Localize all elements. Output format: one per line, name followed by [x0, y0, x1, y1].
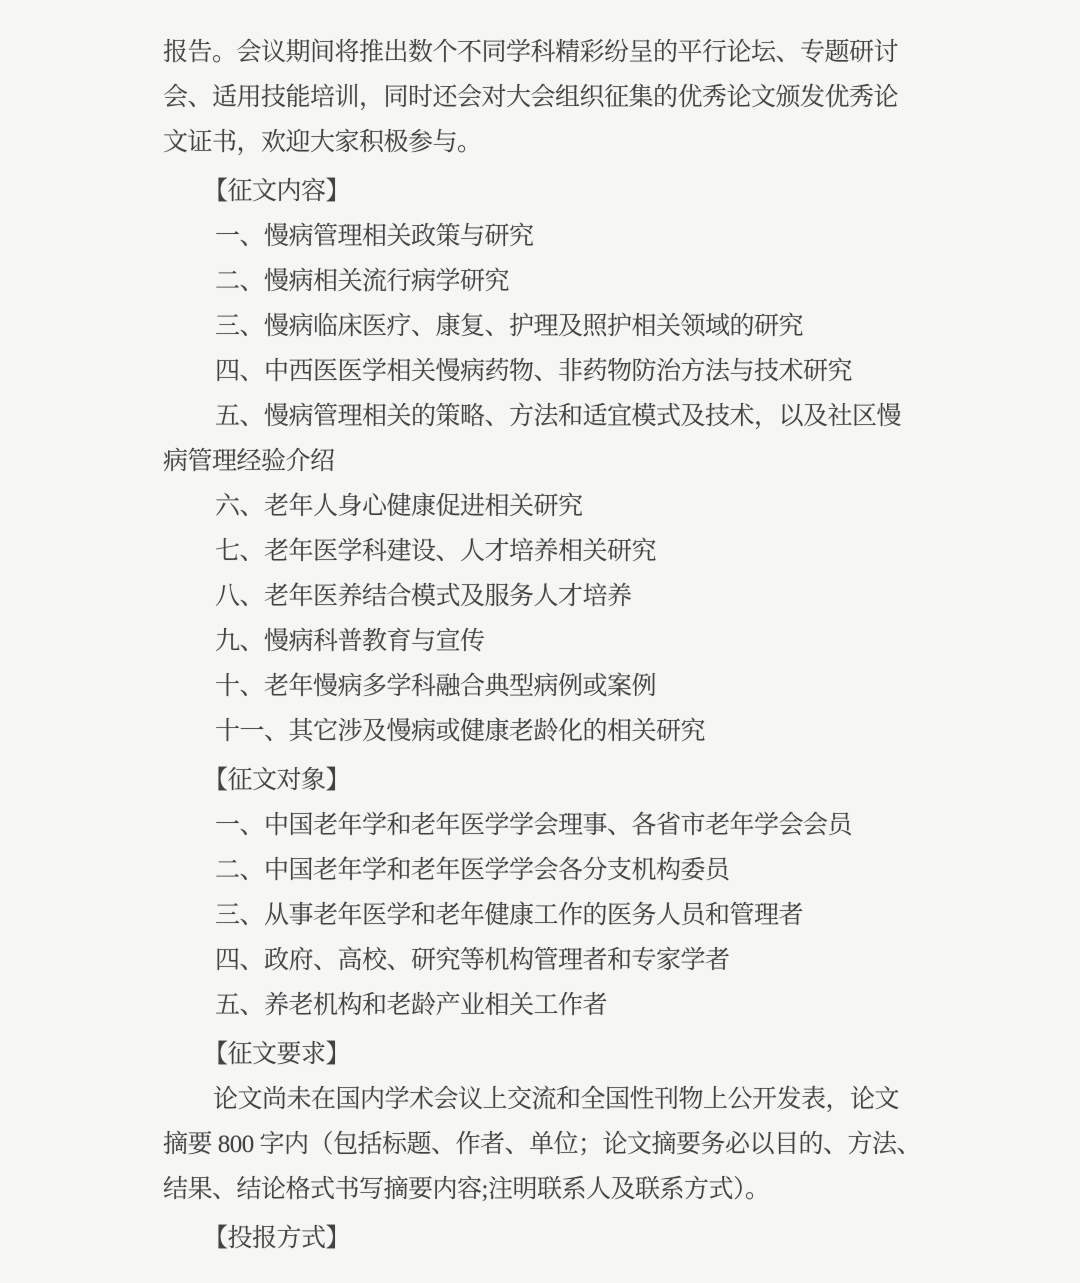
requirements-paragraph-line: 论文尚未在国内学术会议上交流和全国性刊物上公开发表，论文 [163, 1077, 908, 1122]
content-item: 四、中西医医学相关慢病药物、非药物防治方法与技术研究 [163, 349, 908, 394]
content-item: 一、慢病管理相关政策与研究 [163, 214, 908, 259]
content-item: 七、老年医学科建设、人才培养相关研究 [163, 529, 908, 574]
intro-paragraph-line: 文证书，欢迎大家积极参与。 [163, 120, 908, 165]
content-item-continuation: 病管理经验介绍 [163, 439, 908, 484]
content-item: 八、老年医养结合模式及服务人才培养 [163, 574, 908, 619]
section-heading-submission: 【投报方式】 [163, 1216, 908, 1261]
content-item: 二、慢病相关流行病学研究 [163, 259, 908, 304]
intro-paragraph-line: 会、适用技能培训，同时还会对大会组织征集的优秀论文颁发优秀论 [163, 75, 908, 120]
intro-paragraph-line: 报告。会议期间将推出数个不同学科精彩纷呈的平行论坛、专题研讨 [163, 30, 908, 75]
requirements-paragraph-line: 结果、结论格式书写摘要内容;注明联系人及联系方式）。 [163, 1167, 908, 1212]
section-heading-requirements: 【征文要求】 [163, 1032, 908, 1077]
audience-item: 四、政府、高校、研究等机构管理者和专家学者 [163, 938, 908, 983]
content-item: 五、慢病管理相关的策略、方法和适宜模式及技术，以及社区慢 [163, 394, 908, 439]
document-page: 报告。会议期间将推出数个不同学科精彩纷呈的平行论坛、专题研讨 会、适用技能培训，… [0, 0, 1080, 1283]
content-item: 三、慢病临床医疗、康复、护理及照护相关领域的研究 [163, 304, 908, 349]
requirements-paragraph-line: 摘要 800 字内（包括标题、作者、单位；论文摘要务必以目的、方法、 [163, 1122, 908, 1167]
audience-item: 五、养老机构和老龄产业相关工作者 [163, 983, 908, 1028]
audience-item: 二、中国老年学和老年医学学会各分支机构委员 [163, 848, 908, 893]
section-heading-audience: 【征文对象】 [163, 758, 908, 803]
content-item: 十、老年慢病多学科融合典型病例或案例 [163, 664, 908, 709]
content-item: 十一、其它涉及慢病或健康老龄化的相关研究 [163, 709, 908, 754]
document-body: 报告。会议期间将推出数个不同学科精彩纷呈的平行论坛、专题研讨 会、适用技能培训，… [163, 30, 908, 1261]
section-heading-content: 【征文内容】 [163, 169, 908, 214]
content-item: 九、慢病科普教育与宣传 [163, 619, 908, 664]
content-item: 六、老年人身心健康促进相关研究 [163, 484, 908, 529]
audience-item: 三、从事老年医学和老年健康工作的医务人员和管理者 [163, 893, 908, 938]
audience-item: 一、中国老年学和老年医学学会理事、各省市老年学会会员 [163, 803, 908, 848]
